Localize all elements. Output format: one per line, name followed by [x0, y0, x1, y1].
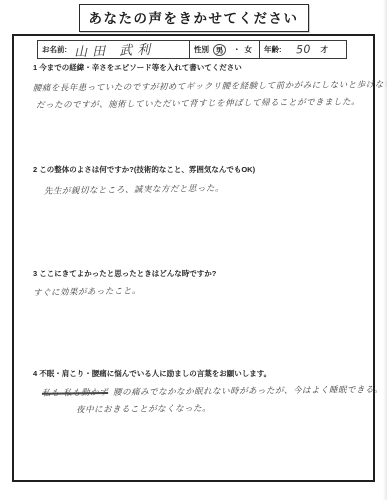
form-title-box: あなたの声をきかせてください	[79, 4, 309, 32]
question-4-block: 4 不眠・肩こり・腰痛に悩んでいる人に励ましの言葉をお願いします。 私も 私も動…	[33, 368, 365, 418]
answer-line: すぐに効果があったこと。	[33, 279, 365, 303]
gender-label: 性別	[194, 44, 209, 55]
question-2-block: 2 この整体のよさは何ですか?(技術的なこと、雰囲気なんでもOK) 先生が親切な…	[33, 164, 365, 198]
age-label: 年齢:	[264, 44, 282, 55]
age-unit-label: 才	[321, 44, 329, 55]
survey-form-body: お名前: 山田 武利 性別 男 ・ 女 年齢: 50 才 1 今までの経緯・辛さ…	[12, 34, 375, 482]
name-label: お名前:	[42, 44, 67, 55]
scanned-survey-sheet: あなたの声をきかせてください お名前: 山田 武利 性別 男 ・ 女 年齢: 5…	[0, 0, 387, 500]
gender-female-option: 女	[245, 44, 253, 55]
gender-cell: 性別 男 ・ 女	[189, 41, 259, 58]
question-1-block: 1 今までの経緯・辛さをエピソード等を入れて書いてください 腰痛を長年患っていた…	[33, 62, 365, 113]
question-1-label: 1 今までの経緯・辛さをエピソード等を入れて書いてください	[33, 62, 365, 73]
gender-separator: ・	[233, 44, 241, 55]
male-circled-mark: 男	[212, 43, 226, 56]
question-3-block: 3 ここにきてよかったと思ったときはどんな時ですか? すぐに効果があったこと。	[33, 268, 365, 299]
question-2-label: 2 この整体のよさは何ですか?(技術的なこと、雰囲気なんでもOK)	[33, 164, 365, 175]
scan-edge-shadow	[383, 0, 387, 500]
answer-line: 私も 私も動かず腰の痛みでなかなか眠れない時があったが、今はよく睡眠できる。	[42, 382, 365, 402]
crossed-out-text: 私も 私も動かず	[42, 388, 108, 399]
question-4-answer: 私も 私も動かず腰の痛みでなかなか眠れない時があったが、今はよく睡眠できる。 夜…	[42, 382, 365, 419]
question-4-label: 4 不眠・肩こり・腰痛に悩んでいる人に励ましの言葉をお願いします。	[33, 368, 365, 379]
answer-line: 先生が親切なところ、誠実な方だと思った。	[44, 178, 365, 201]
answer-line: 夜中におきることがなくなった。	[76, 399, 365, 419]
question-3-answer: すぐに効果があったこと。	[33, 279, 365, 303]
name-cell: お名前: 山田 武利	[38, 41, 189, 58]
question-3-label: 3 ここにきてよかったと思ったときはどんな時ですか?	[33, 268, 365, 279]
gender-male-option: 男	[215, 44, 224, 56]
answer-line: だったのですが、施術していただいて背すじを伸ばして帰ることができました。	[36, 94, 365, 114]
age-handwritten-value: 50	[295, 43, 311, 57]
age-cell: 年齢: 50 才	[259, 41, 346, 58]
name-handwritten-value: 山田 武利	[74, 39, 156, 61]
question-1-answer: 腰痛を長年患っていたのですが初めてギックリ腰を経験して前かがみにしないと歩けない…	[33, 77, 365, 114]
question-2-answer: 先生が親切なところ、誠実な方だと思った。	[44, 178, 365, 201]
answer-text: 腰の痛みでなかなか眠れない時があったが、今はよく睡眠できる。	[113, 385, 383, 398]
form-title: あなたの声をきかせてください	[89, 11, 299, 26]
respondent-info-row: お名前: 山田 武利 性別 男 ・ 女 年齢: 50 才	[37, 40, 347, 59]
